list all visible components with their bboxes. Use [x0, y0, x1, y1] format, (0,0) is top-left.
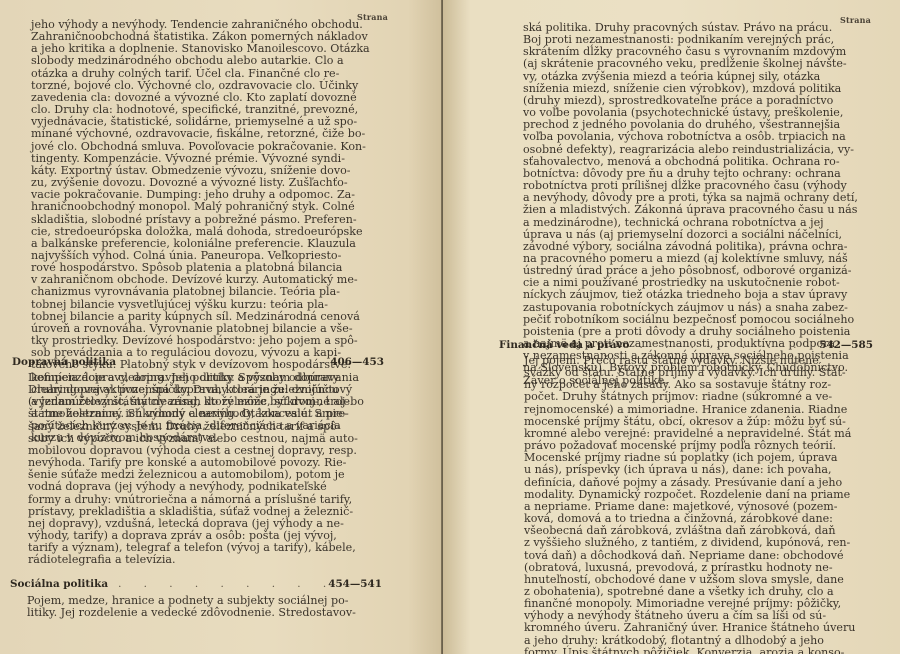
text-line: štátne železnice, ich výhody a nevýhody,… [28, 408, 326, 420]
text-line: počet. Druhy štátnych príjmov: riadne (s… [524, 391, 814, 403]
text-line: a jeho druhy: krátkodobý, flotantný a dl… [524, 635, 814, 647]
right-text-block-social-policy-cont: ská politika. Druhy pracovných sústav. P… [523, 22, 814, 387]
leader-dots: . . . . . . . . . . . . . . . . . . . . … [116, 356, 330, 368]
page-header-strana: Strana [840, 15, 871, 25]
text-line: kromného úveru. Zahraničný úver. Hranice… [524, 622, 814, 634]
text-line: z vyššieho služného, z tantiém, z divide… [524, 537, 814, 549]
text-line: rejnomocenské) a mimoriadne. Hranice zda… [524, 404, 814, 416]
text-line: osobné defekty), reagrarizácia alebo rei… [523, 144, 814, 156]
text-line: šaný železničný systém. Druhy železničný… [28, 421, 326, 433]
text-line: tová daň) a dôchodková daň. Nepriame dan… [524, 550, 814, 562]
text-line: cie, stredoeurópska doložka, malá dohoda… [31, 226, 328, 238]
text-line: mínané výchovné, ozdravovacie, fiskálne,… [31, 128, 328, 140]
text-line: (aj skrátenie pracovného veku, predĺženi… [523, 58, 814, 70]
text-line: definícia, daňové pojmy a zásady. Presúv… [524, 477, 814, 489]
text-line: úprava u nás (aj priemyselní dozorci a s… [523, 229, 814, 241]
text-line: a medzinárodne), technická ochrana robot… [523, 217, 814, 229]
toc-entry-financna-veda[interactable]: Finančná veda a právo . . . . . . . . . … [499, 339, 873, 351]
right-page: Strana ská politika. Druhy pracovných sú… [443, 0, 900, 654]
page-range: 542—585 [819, 339, 873, 351]
text-line: vodná doprava (jej výhody a nevýhody, po… [28, 481, 326, 493]
section-title: Finančná veda a právo [499, 339, 629, 351]
text-line: zastupovania robotníckych záujmov u nás)… [523, 302, 814, 314]
toc-entry-socialna-politika[interactable]: Sociálna politika . . . . . . . . . . . … [10, 578, 382, 590]
text-line: níckych záujmov, tiež otázka triedneho b… [523, 289, 814, 301]
left-text-block-social-policy: Pojem, medze, hranice a podnety a subjek… [27, 595, 325, 619]
text-line: otázka a druhy colných tarif. Účel cla. … [31, 68, 328, 80]
text-line: formy. Úpis štátnych pôžičiek. Konverzia… [524, 647, 814, 654]
leader-dots: . . . . . . . . . . . . . . . . . . . . … [629, 339, 819, 351]
left-text-block-transport-policy: Definícia dopravy, dopravnej politiky a … [28, 372, 326, 567]
text-line: jové clo. Obchodná smluva. Povoľovacie p… [31, 141, 328, 153]
text-line: formy a druhy: vnútroriečna a námorná a … [28, 494, 326, 506]
page-range: 454—541 [328, 578, 382, 590]
text-line: tobnej bilancie vysvetľujúcej výšku kurz… [31, 299, 328, 311]
text-line: vy, otázka zvýšenia miezd a teória kúpne… [523, 71, 814, 83]
text-line: rádiotelegrafia a televízia. [28, 554, 326, 566]
text-line: žien a mladistvých. Zákonná úprava praco… [523, 204, 814, 216]
section-title: Sociálna politika [10, 578, 108, 590]
text-line: skladištia, slobodné prístavy a pobrežné… [31, 214, 328, 226]
text-line: voľba povolania, výchova robotníctva a o… [523, 131, 814, 143]
section-title: Dopravná politika [12, 356, 116, 368]
page-range: 406—453 [330, 356, 384, 368]
leader-dots: . . . . . . . . . . . . . . . . . . . . … [108, 578, 328, 590]
text-line: slobody medzinárodného obchodu alebo aut… [31, 55, 328, 67]
right-text-block-finance: Jej pojem. Prečo rastú štátne výdavky. N… [524, 355, 814, 654]
text-line: u nás), príspevky (ich úprava u nás), da… [524, 464, 814, 476]
left-page: Strana jeho výhody a nevýhody. Tendencie… [0, 0, 443, 654]
toc-entry-dopravna-politika[interactable]: Dopravná politika . . . . . . . . . . . … [12, 356, 384, 368]
text-line: litiky. Jej rozdelenie a vedecké zdôvodn… [27, 607, 325, 619]
text-line: hraničnoobchodný monopol. Malý pohraničn… [31, 201, 328, 213]
text-line: (obratová, luxusná, prevodová, z prírast… [524, 562, 814, 574]
text-line: chanizmus vyrovnávania platobnej bilanci… [31, 286, 328, 298]
